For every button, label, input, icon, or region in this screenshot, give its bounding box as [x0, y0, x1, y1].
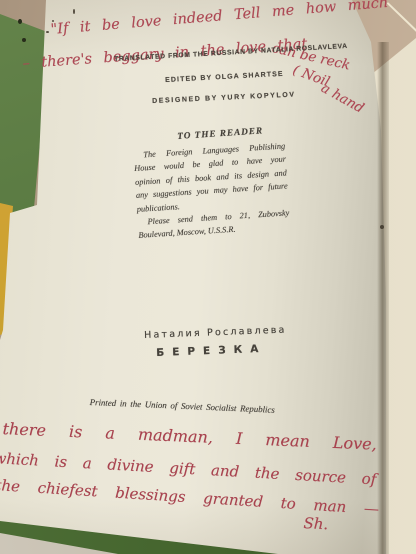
reader-paragraph: The Foreign Languages Publishing House w…: [133, 139, 291, 242]
cover-mark: [18, 19, 22, 24]
paper-speck: [380, 225, 384, 229]
paper-speck: [73, 9, 75, 14]
book-photo: "If it be love indeed Tell me how much –…: [0, 0, 416, 554]
cover-mark: [22, 38, 26, 42]
gutter-shadow: [377, 42, 389, 554]
page-stack-edge: [387, 2, 416, 38]
handwritten-signature: Sh.: [303, 514, 329, 533]
paper-speck: [46, 31, 49, 33]
